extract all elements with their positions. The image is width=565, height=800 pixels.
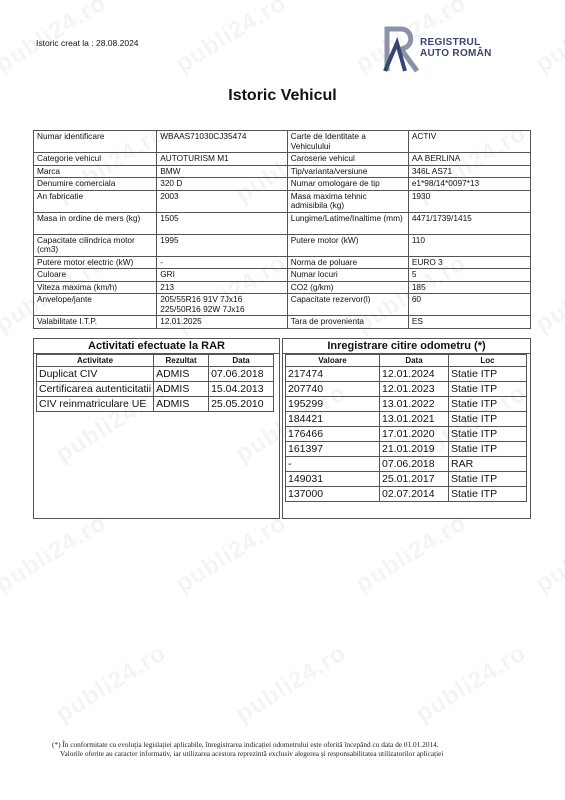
table-cell: 12.01.2024 bbox=[380, 367, 449, 382]
table-cell: 13.01.2022 bbox=[380, 397, 449, 412]
odometer-section: Inregistrare citire odometru (*) Valoare… bbox=[282, 338, 531, 519]
table-cell: 207740 bbox=[286, 382, 380, 397]
watermark-text: publi24.ro bbox=[531, 509, 565, 599]
table-cell: Statie ITP bbox=[449, 367, 527, 382]
field-value: ACTIV bbox=[408, 131, 530, 153]
table-cell: Statie ITP bbox=[449, 472, 527, 487]
table-cell: ADMIS bbox=[154, 397, 209, 412]
watermark-text: publi24.ro bbox=[351, 509, 472, 599]
table-cell: 161397 bbox=[286, 442, 380, 457]
footnote-line1: (*) În conformitate cu evoluția legislaț… bbox=[52, 740, 512, 749]
table-cell: 13.01.2021 bbox=[380, 412, 449, 427]
table-cell: 07.06.2018 bbox=[380, 457, 449, 472]
field-value: 185 bbox=[408, 281, 530, 294]
field-value: - bbox=[157, 256, 288, 269]
info-row: Numar identificareWBAAS71030CJ35474Carte… bbox=[34, 131, 531, 153]
info-row: Masa in ordine de mers (kg)1505Lungime/L… bbox=[34, 212, 531, 234]
field-label: Marca bbox=[34, 165, 157, 178]
table-row: 13700002.07.2014Statie ITP bbox=[286, 487, 527, 502]
table-cell: Statie ITP bbox=[449, 427, 527, 442]
field-value: 213 bbox=[157, 281, 288, 294]
table-cell: 15.04.2013 bbox=[209, 382, 274, 397]
watermark-text: publi24.ro bbox=[531, 0, 565, 79]
field-value: ES bbox=[408, 316, 530, 329]
field-value: 346L AS71 bbox=[408, 165, 530, 178]
table-cell: RAR bbox=[449, 457, 527, 472]
column-header: Data bbox=[209, 355, 274, 367]
watermark-text: publi24.ro bbox=[531, 249, 565, 339]
table-cell: 02.07.2014 bbox=[380, 487, 449, 502]
watermark-text: publi24.ro bbox=[411, 639, 532, 729]
info-row: MarcaBMWTip/varianta/versiune346L AS71 bbox=[34, 165, 531, 178]
field-label: Putere motor (kW) bbox=[287, 234, 408, 256]
activities-section: Activitati efectuate la RAR ActivitateRe… bbox=[33, 338, 280, 519]
watermark-text: publi24.ro bbox=[171, 509, 292, 599]
odometer-title: Inregistrare citire odometru (*) bbox=[283, 339, 530, 354]
watermark-text: publi24.ro bbox=[231, 639, 352, 729]
table-cell: - bbox=[286, 457, 380, 472]
table-cell: 176466 bbox=[286, 427, 380, 442]
footnote-line2: Valorile oferite au caracter informativ,… bbox=[52, 749, 512, 758]
field-value: 2003 bbox=[157, 190, 288, 212]
column-header: Loc bbox=[449, 355, 527, 367]
table-cell: 25.01.2017 bbox=[380, 472, 449, 487]
rar-logo-icon bbox=[383, 25, 423, 73]
field-value: AA BERLINA bbox=[408, 153, 530, 166]
field-value: AUTOTURISM M1 bbox=[157, 153, 288, 166]
table-cell: Statie ITP bbox=[449, 397, 527, 412]
table-cell: ADMIS bbox=[154, 367, 209, 382]
odometer-table: ValoareDataLoc 21747412.01.2024Statie IT… bbox=[285, 354, 527, 502]
watermark-text: publi24.ro bbox=[171, 0, 292, 79]
footnote: (*) În conformitate cu evoluția legislaț… bbox=[52, 740, 512, 758]
table-cell: 137000 bbox=[286, 487, 380, 502]
field-value: 5 bbox=[408, 269, 530, 282]
field-label: Numar identificare bbox=[34, 131, 157, 153]
field-value: 320 D bbox=[157, 178, 288, 191]
field-label: An fabricatie bbox=[34, 190, 157, 212]
table-cell: CIV reinmatriculare UE bbox=[37, 397, 154, 412]
info-row: CuloareGRINumar locuri5 bbox=[34, 269, 531, 282]
field-label: Culoare bbox=[34, 269, 157, 282]
activities-title: Activitati efectuate la RAR bbox=[34, 339, 279, 354]
info-row: Categorie vehiculAUTOTURISM M1Caroserie … bbox=[34, 153, 531, 166]
field-value: 12.01.2025 bbox=[157, 316, 288, 329]
field-value: BMW bbox=[157, 165, 288, 178]
field-label: Tara de provenienta bbox=[287, 316, 408, 329]
info-row: Capacitate cilindrica motor (cm3)1995Put… bbox=[34, 234, 531, 256]
table-row: 19529913.01.2022Statie ITP bbox=[286, 397, 527, 412]
table-cell: Duplicat CIV bbox=[37, 367, 154, 382]
field-value: 110 bbox=[408, 234, 530, 256]
table-row: -07.06.2018RAR bbox=[286, 457, 527, 472]
info-row: Anvelope/jante205/55R16 91V 7Jx16 225/50… bbox=[34, 294, 531, 316]
table-cell: 217474 bbox=[286, 367, 380, 382]
table-cell: 195299 bbox=[286, 397, 380, 412]
info-row: Denumire comerciala320 DNumar omologare … bbox=[34, 178, 531, 191]
table-row: CIV reinmatriculare UEADMIS25.05.2010 bbox=[37, 397, 274, 412]
table-cell: ADMIS bbox=[154, 382, 209, 397]
page-title: Istoric Vehicul bbox=[0, 87, 565, 105]
table-cell: 07.06.2018 bbox=[209, 367, 274, 382]
table-cell: 25.05.2010 bbox=[209, 397, 274, 412]
created-date: Istoric creat la : 28.08.2024 bbox=[36, 38, 139, 48]
field-label: Masa in ordine de mers (kg) bbox=[34, 212, 157, 234]
field-label: Capacitate cilindrica motor (cm3) bbox=[34, 234, 157, 256]
field-label: Valabilitate I.T.P. bbox=[34, 316, 157, 329]
field-label: CO2 (g/km) bbox=[287, 281, 408, 294]
logo-line1: REGISTRUL bbox=[420, 37, 492, 48]
table-cell: Certificarea autenticitatii bbox=[37, 382, 154, 397]
column-header: Data bbox=[380, 355, 449, 367]
table-row: 21747412.01.2024Statie ITP bbox=[286, 367, 527, 382]
field-label: Categorie vehicul bbox=[34, 153, 157, 166]
table-row: 14903125.01.2017Statie ITP bbox=[286, 472, 527, 487]
field-value: e1*98/14*0097*13 bbox=[408, 178, 530, 191]
info-row: An fabricatie2003Masa maxima tehnic admi… bbox=[34, 190, 531, 212]
table-row: Duplicat CIVADMIS07.06.2018 bbox=[37, 367, 274, 382]
watermark-text: publi24.ro bbox=[0, 509, 112, 599]
rar-logo: REGISTRUL AUTO ROMÂN bbox=[383, 25, 513, 75]
field-value: EURO 3 bbox=[408, 256, 530, 269]
field-label: Capacitate rezervor(l) bbox=[287, 294, 408, 316]
field-value: 1505 bbox=[157, 212, 288, 234]
vehicle-info-table: Numar identificareWBAAS71030CJ35474Carte… bbox=[33, 130, 531, 329]
field-label: Viteza maxima (km/h) bbox=[34, 281, 157, 294]
table-row: 20774012.01.2023Statie ITP bbox=[286, 382, 527, 397]
field-label: Masa maxima tehnic admisibila (kg) bbox=[287, 190, 408, 212]
field-value: WBAAS71030CJ35474 bbox=[157, 131, 288, 153]
field-value: 1930 bbox=[408, 190, 530, 212]
field-label: Lungime/Latime/Inaltime (mm) bbox=[287, 212, 408, 234]
field-label: Carte de Identitate a Vehiculului bbox=[287, 131, 408, 153]
column-header: Activitate bbox=[37, 355, 154, 367]
field-label: Numar omologare de tip bbox=[287, 178, 408, 191]
info-row: Valabilitate I.T.P.12.01.2025Tara de pro… bbox=[34, 316, 531, 329]
table-cell: Statie ITP bbox=[449, 412, 527, 427]
table-cell: Statie ITP bbox=[449, 442, 527, 457]
table-cell: 21.01.2019 bbox=[380, 442, 449, 457]
field-label: Numar locuri bbox=[287, 269, 408, 282]
column-header: Valoare bbox=[286, 355, 380, 367]
logo-line2: AUTO ROMÂN bbox=[420, 48, 492, 59]
activities-table: ActivitateRezultatData Duplicat CIVADMIS… bbox=[36, 354, 274, 412]
field-label: Putere motor electric (kW) bbox=[34, 256, 157, 269]
table-cell: Statie ITP bbox=[449, 382, 527, 397]
table-row: 17646617.01.2020Statie ITP bbox=[286, 427, 527, 442]
watermark-text: publi24.ro bbox=[51, 639, 172, 729]
field-value: 205/55R16 91V 7Jx16 225/50R16 92W 7Jx16 bbox=[157, 294, 288, 316]
field-value: 60 bbox=[408, 294, 530, 316]
table-row: 16139721.01.2019Statie ITP bbox=[286, 442, 527, 457]
info-row: Viteza maxima (km/h)213CO2 (g/km)185 bbox=[34, 281, 531, 294]
table-row: 18442113.01.2021Statie ITP bbox=[286, 412, 527, 427]
field-label: Tip/varianta/versiune bbox=[287, 165, 408, 178]
field-label: Caroserie vehicul bbox=[287, 153, 408, 166]
table-cell: 184421 bbox=[286, 412, 380, 427]
table-cell: 12.01.2023 bbox=[380, 382, 449, 397]
column-header: Rezultat bbox=[154, 355, 209, 367]
table-row: Certificarea autenticitatiiADMIS15.04.20… bbox=[37, 382, 274, 397]
table-cell: 149031 bbox=[286, 472, 380, 487]
field-value: 4471/1739/1415 bbox=[408, 212, 530, 234]
field-value: GRI bbox=[157, 269, 288, 282]
field-label: Denumire comerciala bbox=[34, 178, 157, 191]
field-value: 1995 bbox=[157, 234, 288, 256]
field-label: Norma de poluare bbox=[287, 256, 408, 269]
field-label: Anvelope/jante bbox=[34, 294, 157, 316]
table-cell: 17.01.2020 bbox=[380, 427, 449, 442]
table-cell: Statie ITP bbox=[449, 487, 527, 502]
info-row: Putere motor electric (kW)-Norma de polu… bbox=[34, 256, 531, 269]
